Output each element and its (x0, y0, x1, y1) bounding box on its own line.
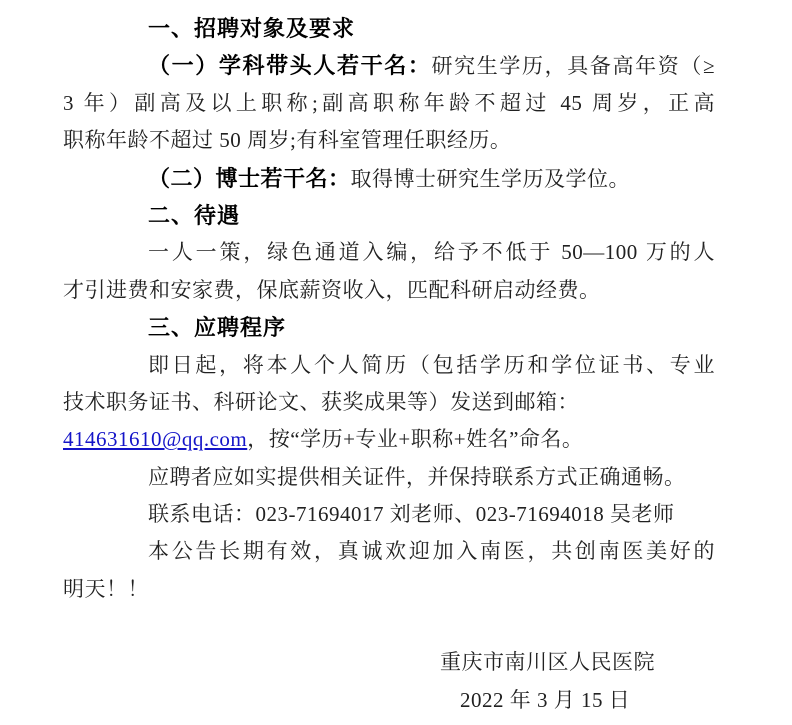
application-line-3: 414631610@qq.com，按“学历+专业+职称+姓名”命名。 (63, 421, 715, 458)
doctor-position-label: （二）博士若干名： (148, 166, 351, 191)
document-body: 一、招聘对象及要求 （一）学科带头人若干名：研究生学历，具备高年资（≥ 3 年）… (63, 10, 715, 719)
credentials-line: 应聘者应如实提供相关证件，并保持联系方式正确通畅。 (63, 459, 715, 496)
contact-phone-line: 联系电话：023-71694017 刘老师、023-71694018 吴老师 (63, 496, 715, 533)
section-2-heading: 二、待遇 (63, 197, 715, 234)
recruitment-notice-page: 一、招聘对象及要求 （一）学科带头人若干名：研究生学历，具备高年资（≥ 3 年）… (0, 0, 792, 725)
discipline-leader-line-3: 职称年龄不超过 50 周岁;有科室管理任职经历。 (63, 122, 715, 159)
closing-line-1: 本公告长期有效，真诚欢迎加入南医，共创南医美好的 (63, 533, 715, 570)
doctor-position-text: 取得博士研究生学历及学位。 (351, 167, 631, 191)
notice-date: 2022 年 3 月 15 日 (63, 682, 715, 719)
email-link[interactable]: 414631610@qq.com (63, 427, 247, 451)
benefits-line-1: 一人一策，绿色通道入编，给予不低于 50—100 万的人 (63, 234, 715, 271)
discipline-leader-label: （一）学科带头人若干名： (148, 53, 431, 78)
discipline-leader-line-2: 3 年）副高及以上职称;副高职称年龄不超过 45 周岁，正高 (63, 85, 715, 122)
benefits-line-2: 才引进费和安家费，保底薪资收入，匹配科研启动经费。 (63, 272, 715, 309)
doctor-position-line: （二）博士若干名：取得博士研究生学历及学位。 (63, 160, 715, 197)
discipline-leader-text: 研究生学历，具备高年资（≥ (431, 54, 715, 78)
application-line-1: 即日起，将本人个人简历（包括学历和学位证书、专业 (63, 347, 715, 384)
hospital-signature: 重庆市南川区人民医院 (63, 644, 715, 681)
section-3-heading: 三、应聘程序 (63, 309, 715, 346)
closing-line-2: 明天！！ (63, 571, 715, 608)
discipline-leader-line-1: （一）学科带头人若干名：研究生学历，具备高年资（≥ (63, 47, 715, 84)
application-line-2: 技术职务证书、科研论文、获奖成果等）发送到邮箱： (63, 384, 715, 421)
section-1-heading: 一、招聘对象及要求 (63, 10, 715, 47)
naming-rule-text: ，按“学历+专业+职称+姓名”命名。 (247, 427, 583, 451)
